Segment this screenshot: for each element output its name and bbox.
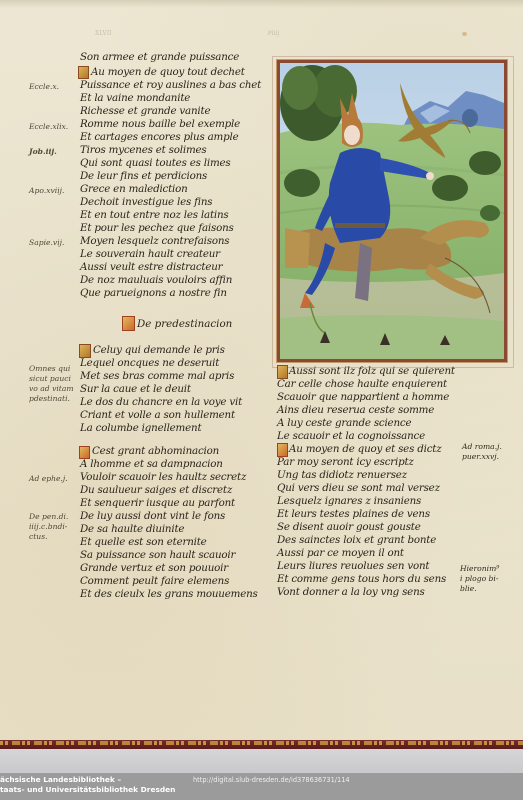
text-line: Par moy seront icy escriptz bbox=[277, 456, 414, 469]
text-line: A lhomme et sa dampnacion bbox=[80, 458, 223, 471]
text-line: Puissance et roy auslines a bas chet bbox=[80, 79, 261, 92]
institution-line-1: ächsische Landesbibliothek – bbox=[0, 775, 175, 785]
faint-mark: Ꝑiiij bbox=[268, 30, 279, 37]
source-url-link[interactable]: http://digital.slub-dresden.de/id3786367… bbox=[193, 776, 350, 784]
section-heading: De predestinacion bbox=[137, 318, 232, 330]
text-line: Lesquelz ignares z insaniens bbox=[277, 495, 421, 508]
text-line: Et des cieulx les grans mouuemens bbox=[80, 588, 258, 601]
margin-note: Hieronim⁹ bbox=[460, 564, 499, 574]
text-line: Le souverain hault createur bbox=[80, 248, 220, 261]
text-line: Au moyen de quoy et ses dictz bbox=[289, 443, 441, 456]
institution-name: ächsische Landesbibliothek – taats- und … bbox=[0, 775, 175, 795]
text-line: Et en tout entre noz les latins bbox=[80, 209, 229, 222]
text-line: Qui vers dieu se sont mal versez bbox=[277, 482, 440, 495]
text-line: Le scauoir et la cognoissance bbox=[277, 430, 425, 443]
text-line: Vont donner a la loy vng sens bbox=[277, 586, 425, 599]
stain bbox=[462, 32, 467, 36]
book-cover-edge bbox=[0, 740, 523, 749]
text-line: Sa puissance son hault scauoir bbox=[80, 549, 235, 562]
text-line: Moyen lesquelz contrefaisons bbox=[80, 235, 229, 248]
text-line: Vouloir scauoir les haultz secretz bbox=[80, 471, 246, 484]
text-line: Et senquerir iusque au parfont bbox=[80, 497, 235, 510]
text-line: Comment peult faire elemens bbox=[80, 575, 229, 588]
folio-mark: XLVII bbox=[95, 30, 112, 37]
margin-note: Omnes qui bbox=[29, 364, 70, 374]
text-line: Des sainctes loix et grant bonte bbox=[277, 534, 436, 547]
text-line: De luy aussi dont vint le fons bbox=[80, 510, 225, 523]
text-line: Richesse et grande vanite bbox=[80, 105, 210, 118]
miniature-illustration bbox=[277, 60, 507, 362]
fool-riding-crayfish-icon bbox=[280, 63, 504, 359]
text-line: Tiros mycenes et solimes bbox=[80, 144, 206, 157]
text-line: Et cartages encores plus ample bbox=[80, 131, 239, 144]
text-line: A luy ceste grande science bbox=[277, 417, 411, 430]
text-line: Aussi sont ilz folz qui se quierent bbox=[289, 365, 455, 378]
margin-note: puer.xxvj. bbox=[462, 452, 499, 462]
footer-bar: ächsische Landesbibliothek – taats- und … bbox=[0, 773, 523, 800]
margin-note: Eccle.xlix. bbox=[29, 122, 68, 132]
text-line: Grece en malediction bbox=[80, 183, 188, 196]
text-line: Et quelle est son eternite bbox=[80, 536, 207, 549]
margin-note: iiij.c.bndi- bbox=[29, 522, 67, 532]
margin-note: Ad ephe.j. bbox=[29, 474, 68, 484]
text-line: Cest grant abhominacion bbox=[92, 445, 219, 458]
text-line: Et la vaine mondanite bbox=[80, 92, 190, 105]
text-line: Scauoir que nappartient a homme bbox=[277, 391, 449, 404]
text-line: Qui sont quasi toutes es limes bbox=[80, 157, 231, 170]
manuscript-page: XLVII Ꝑiiij Son armee et grande puissanc… bbox=[0, 0, 523, 740]
text-line: Et pour les pechez que faisons bbox=[80, 222, 234, 235]
text-line: Son armee et grande puissance bbox=[80, 51, 239, 64]
margin-note: sicut pauci bbox=[29, 374, 71, 384]
text-line: Dechoit investigue les fins bbox=[80, 196, 212, 209]
text-line: Leurs liures reuolues sen vont bbox=[277, 560, 429, 573]
text-line: Au moyen de quoy tout dechet bbox=[91, 66, 245, 79]
text-line: Met ses bras comme mal apris bbox=[80, 370, 234, 383]
text-line: La columbe ignellement bbox=[80, 422, 201, 435]
text-line: Et leurs testes plaines de vens bbox=[277, 508, 430, 521]
text-line: De leur fins et perdicions bbox=[80, 170, 207, 183]
gold-initial-icon bbox=[277, 443, 288, 457]
margin-note: i plogo bi- bbox=[460, 574, 498, 584]
gold-initial-icon bbox=[277, 365, 288, 379]
text-line: Aussi par ce moyen il ont bbox=[277, 547, 404, 560]
text-line: Ains dieu reserua ceste somme bbox=[277, 404, 434, 417]
text-line: Celuy qui demande le pris bbox=[93, 344, 225, 357]
text-line: Lequel oncques ne deseruit bbox=[80, 357, 219, 370]
text-line: Sur la caue et le deuit bbox=[80, 383, 191, 396]
text-line: Romme nous baille bel exemple bbox=[80, 118, 240, 131]
text-line: Ung tas didiotz renuersez bbox=[277, 469, 407, 482]
text-line: Car celle chose haulte enquierent bbox=[277, 378, 447, 391]
margin-note: Job.iij. bbox=[29, 147, 57, 157]
institution-line-2: taats- und Universitätsbibliothek Dresde… bbox=[0, 785, 175, 795]
margin-note: ctus. bbox=[29, 532, 48, 542]
text-line: De sa haulte diuinite bbox=[80, 523, 184, 536]
text-line: Criant et volle a son hullement bbox=[80, 409, 235, 422]
text-line: Du saulueur saiges et discretz bbox=[80, 484, 232, 497]
text-line: Et comme gens tous hors du sens bbox=[277, 573, 446, 586]
margin-note: Apo.xviij. bbox=[29, 186, 64, 196]
text-line: Se disent auoir goust gouste bbox=[277, 521, 421, 534]
gilt-border bbox=[0, 741, 523, 745]
gold-initial-icon bbox=[122, 316, 135, 331]
margin-note: vo ad vitam bbox=[29, 384, 74, 394]
text-line: Le dos du chancre en la voye vit bbox=[80, 396, 242, 409]
margin-note: Ad roma.j. bbox=[462, 442, 502, 452]
text-line: Aussi veult estre distracteur bbox=[80, 261, 222, 274]
margin-note: pdestinati. bbox=[29, 394, 70, 404]
text-line: De noz mauluais vouloirs affin bbox=[80, 274, 232, 287]
scan-background bbox=[0, 749, 523, 773]
text-line: Grande vertuz et son pouuoir bbox=[80, 562, 228, 575]
margin-note: De pen.di. bbox=[29, 512, 68, 522]
gold-initial-icon bbox=[79, 344, 91, 358]
gold-initial-icon bbox=[78, 66, 89, 79]
margin-note: blie. bbox=[460, 584, 477, 594]
margin-note: Eccle.x. bbox=[29, 82, 59, 92]
margin-note: Sapie.vij. bbox=[29, 238, 64, 248]
text-line: Que parueignons a nostre fin bbox=[80, 287, 227, 300]
